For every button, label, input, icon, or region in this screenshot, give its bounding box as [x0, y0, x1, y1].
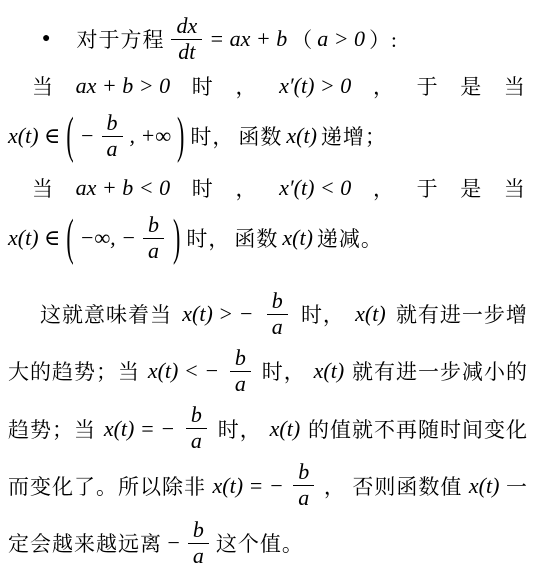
text-otherwise-value: 否则函数值 — [352, 471, 462, 501]
fraction-numerator: b — [102, 111, 123, 137]
text-shi2: 是 — [460, 173, 482, 203]
case-negative-line: 当 ax + b < 0 时 ， x′(t) < 0 ， 于 是 当 — [32, 172, 526, 204]
text-decreasing: 递减。 — [317, 223, 383, 253]
text-trend-when: 趋势；当 — [8, 414, 96, 444]
interval-lower: −∞, − — [80, 225, 136, 251]
interval-increasing-line: x(t) ∈ ( − b a , +∞ ) 时， 函数 x(t) 递增； — [8, 104, 538, 168]
text-shi-comma: 时， — [262, 356, 306, 386]
text-shi2: 是 — [460, 71, 482, 101]
paren-close: ）: — [369, 24, 398, 54]
xt-symbol: x(t) — [314, 358, 345, 384]
fraction-denominator: a — [233, 372, 248, 397]
comma: ， — [235, 71, 257, 101]
text-yu: 于 — [417, 71, 439, 101]
fraction-b-a: b a — [293, 460, 314, 510]
text-growing-trend: 大的趋势；当 — [8, 356, 140, 386]
big-paren-close: ) — [177, 106, 184, 166]
fraction-b-a: b a — [143, 213, 164, 263]
fraction-numerator: dx — [171, 14, 202, 40]
document-page: ● 对于方程 dx dt = ax + b （ a > 0 ）: 当 ax + … — [0, 0, 546, 572]
fraction-numerator: b — [188, 518, 209, 544]
paragraph-line-10: 定会越来越远离 − b a 这个值。 — [8, 514, 538, 572]
xt-in: x(t) ∈ — [8, 225, 60, 251]
fraction-denominator: dt — [176, 40, 197, 65]
xt-symbol: x(t) — [270, 416, 301, 442]
fraction-b-a: b a — [267, 289, 288, 339]
xt-symbol: x(t) — [282, 225, 313, 251]
equation-line: ● 对于方程 dx dt = ax + b （ a > 0 ）: — [42, 12, 538, 66]
inequality-ax-b-pos: ax + b > 0 — [76, 73, 170, 99]
interval-upper: , +∞ — [130, 123, 172, 149]
xt-equals-minus: x(t) = − — [213, 473, 284, 499]
text-shi-comma: 时， — [301, 299, 345, 329]
equation-rhs: = ax + b — [209, 26, 287, 52]
fraction-numerator: b — [143, 213, 164, 239]
fraction-denominator: a — [146, 239, 161, 264]
paren-open: （ — [291, 24, 313, 54]
fraction-numerator: b — [230, 346, 251, 372]
text-shi: 时 — [192, 173, 214, 203]
comma: ， — [235, 173, 257, 203]
fraction-numerator: b — [186, 403, 207, 429]
fraction-b-a: b a — [188, 518, 209, 568]
minus-sign: − — [166, 530, 181, 556]
xt-symbol: x(t) — [469, 473, 500, 499]
text-yi: 一 — [506, 471, 528, 501]
text-no-longer-change: 的值就不再随时间变化 — [308, 414, 528, 444]
xt-in: x(t) ∈ — [8, 123, 60, 149]
inequality-ax-b-neg: ax + b < 0 — [76, 175, 170, 201]
fraction-dx-dt: dx dt — [171, 14, 202, 64]
fraction-b-a: b a — [186, 403, 207, 453]
fraction-denominator: a — [270, 315, 285, 340]
text-shi-comma: 时， — [190, 121, 234, 151]
xt-greater-minus: x(t) > − — [182, 301, 253, 327]
text-shi-comma: 时， — [218, 414, 262, 444]
xt-symbol: x(t) — [286, 123, 317, 149]
big-paren-open: ( — [66, 106, 73, 166]
text-this-means: 这就意味着当 — [40, 299, 172, 329]
fraction-denominator: a — [191, 544, 206, 569]
text-shi: 时 — [192, 71, 214, 101]
text-function: 函数 — [234, 223, 278, 253]
condition-a-positive: a > 0 — [317, 26, 365, 52]
text-intro: 对于方程 — [76, 24, 164, 54]
fraction-denominator: a — [189, 429, 204, 454]
fraction-denominator: a — [105, 137, 120, 162]
bullet-icon: ● — [42, 32, 50, 46]
comma: ， — [373, 71, 395, 101]
text-dang: 当 — [504, 71, 526, 101]
big-paren-open: ( — [66, 208, 73, 268]
text-further-decrease: 就有进一步减小的 — [352, 356, 528, 386]
text-unless: 而变化了。所以除非 — [8, 471, 206, 501]
fraction-numerator: b — [267, 289, 288, 315]
text-further-increase: 就有进一步增 — [396, 299, 528, 329]
interval-decreasing-line: x(t) ∈ ( −∞, − b a ) 时， 函数 x(t) 递减。 — [8, 206, 538, 270]
text-function: 函数 — [238, 121, 282, 151]
text-shi-comma: 时， — [186, 223, 230, 253]
case-positive-line: 当 ax + b > 0 时 ， x′(t) > 0 ， 于 是 当 — [32, 70, 526, 102]
text-when: 当 — [32, 173, 54, 203]
comma: ， — [373, 173, 395, 203]
paragraph-line-7: 大的趋势；当 x(t) < − b a 时， x(t) 就有进一步减小的 — [8, 342, 528, 400]
xt-less-minus: x(t) < − — [148, 358, 219, 384]
xt-equals-minus: x(t) = − — [104, 416, 175, 442]
text-this-value: 这个值。 — [216, 528, 304, 558]
text-dang: 当 — [504, 173, 526, 203]
derivative-negative: x′(t) < 0 — [279, 175, 351, 201]
fraction-numerator: b — [293, 460, 314, 486]
big-paren-close: ) — [173, 208, 180, 268]
xt-symbol: x(t) — [355, 301, 386, 327]
paragraph-line-8: 趋势；当 x(t) = − b a 时， x(t) 的值就不再随时间变化 — [8, 400, 528, 457]
comma: ， — [324, 471, 346, 501]
minus-sign: − — [80, 123, 95, 149]
fraction-denominator: a — [296, 486, 311, 511]
text-further-away: 定会越来越远离 — [8, 528, 162, 558]
paragraph-line-9: 而变化了。所以除非 x(t) = − b a ， 否则函数值 x(t) 一 — [8, 457, 528, 514]
derivative-positive: x′(t) > 0 — [279, 73, 351, 99]
fraction-b-a: b a — [102, 111, 123, 161]
text-increasing: 递增； — [321, 121, 387, 151]
fraction-b-a: b a — [230, 346, 251, 396]
paragraph-line-6: 这就意味着当 x(t) > − b a 时， x(t) 就有进一步增 — [40, 286, 528, 342]
text-when: 当 — [32, 71, 54, 101]
text-yu: 于 — [417, 173, 439, 203]
